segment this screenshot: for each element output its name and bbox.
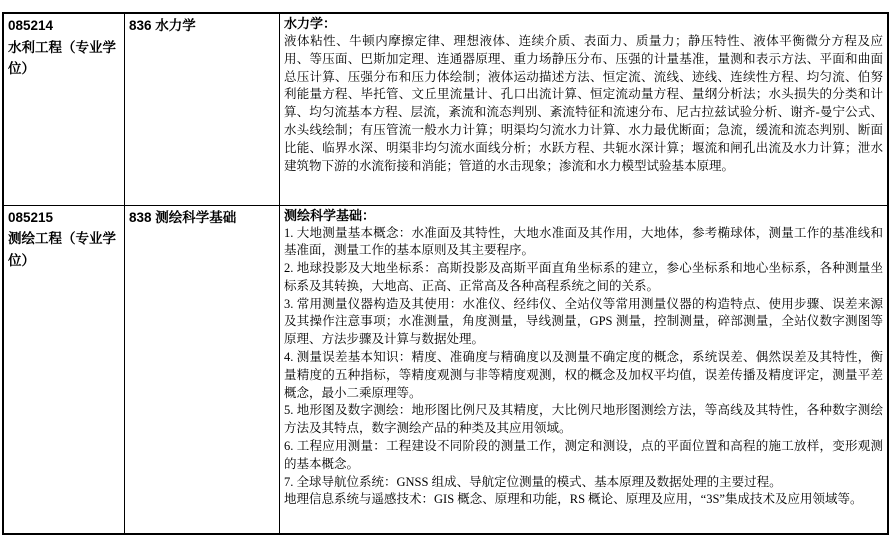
- content-paragraph: 6. 工程应用测量：工程建设不同阶段的测量工作，测定和测设，点的平面位置和高程的…: [284, 438, 883, 474]
- subject-cell: 836 水力学: [125, 13, 280, 205]
- program-code: 085214: [8, 15, 120, 37]
- content-paragraph: 3. 常用测量仪器构造及其使用：水准仪、经纬仪、全站仪等常用测量仪器的构造特点、…: [284, 296, 883, 349]
- content-cell: 水力学： 液体粘性、牛顿内摩擦定律、理想液体、连续介质、表面力、质量力；静压特性…: [280, 13, 889, 205]
- content-paragraph: 7. 全球导航位系统：GNSS 组成、导航定位测量的模式、基本原理及数据处理的主…: [284, 474, 883, 492]
- content-paragraph: 1. 大地测量基本概念：水准面及其特性，大地水准面及其作用，大地体，参考椭球体，…: [284, 225, 883, 261]
- program-name: 测绘工程（专业学位）: [8, 228, 120, 271]
- content-cell: 测绘科学基础： 1. 大地测量基本概念：水准面及其特性，大地水准面及其作用，大地…: [280, 205, 889, 534]
- content-body: 液体粘性、牛顿内摩擦定律、理想液体、连续介质、表面力、质量力；静压特性、液体平衡…: [284, 33, 883, 175]
- content-title: 测绘科学基础：: [284, 207, 883, 225]
- program-cell: 085215 测绘工程（专业学位）: [3, 205, 125, 534]
- program-cell: 085214 水利工程（专业学位）: [3, 13, 125, 205]
- content-paragraph: 2. 地球投影及大地坐标系：高斯投影及高斯平面直角坐标系的建立，参心坐标系和地心…: [284, 260, 883, 296]
- program-code: 085215: [8, 207, 120, 229]
- subject-name: 836 水力学: [129, 15, 275, 37]
- syllabus-table: 085214 水利工程（专业学位） 836 水力学 水力学： 液体粘性、牛顿内摩…: [2, 12, 889, 535]
- content-title: 水力学：: [284, 15, 883, 33]
- program-name: 水利工程（专业学位）: [8, 37, 120, 80]
- content-paragraph: 液体粘性、牛顿内摩擦定律、理想液体、连续介质、表面力、质量力；静压特性、液体平衡…: [284, 33, 883, 175]
- content-paragraph: 地理信息系统与遥感技术：GIS 概念、原理和功能，RS 概论、原理及应用，“3S…: [284, 491, 883, 509]
- document-page: 085214 水利工程（专业学位） 836 水力学 水力学： 液体粘性、牛顿内摩…: [0, 0, 891, 547]
- table-row: 085215 测绘工程（专业学位） 838 测绘科学基础 测绘科学基础： 1. …: [3, 205, 888, 534]
- content-paragraph: 4. 测量误差基本知识：精度、准确度与精确度以及测量不确定度的概念，系统误差、偶…: [284, 349, 883, 402]
- table-row: 085214 水利工程（专业学位） 836 水力学 水力学： 液体粘性、牛顿内摩…: [3, 13, 888, 205]
- subject-cell: 838 测绘科学基础: [125, 205, 280, 534]
- content-paragraph: 5. 地形图及数字测绘：地形图比例尺及其精度，大比例尺地形图测绘方法，等高线及其…: [284, 402, 883, 438]
- subject-name: 838 测绘科学基础: [129, 207, 275, 229]
- content-body: 1. 大地测量基本概念：水准面及其特性，大地水准面及其作用，大地体，参考椭球体，…: [284, 225, 883, 510]
